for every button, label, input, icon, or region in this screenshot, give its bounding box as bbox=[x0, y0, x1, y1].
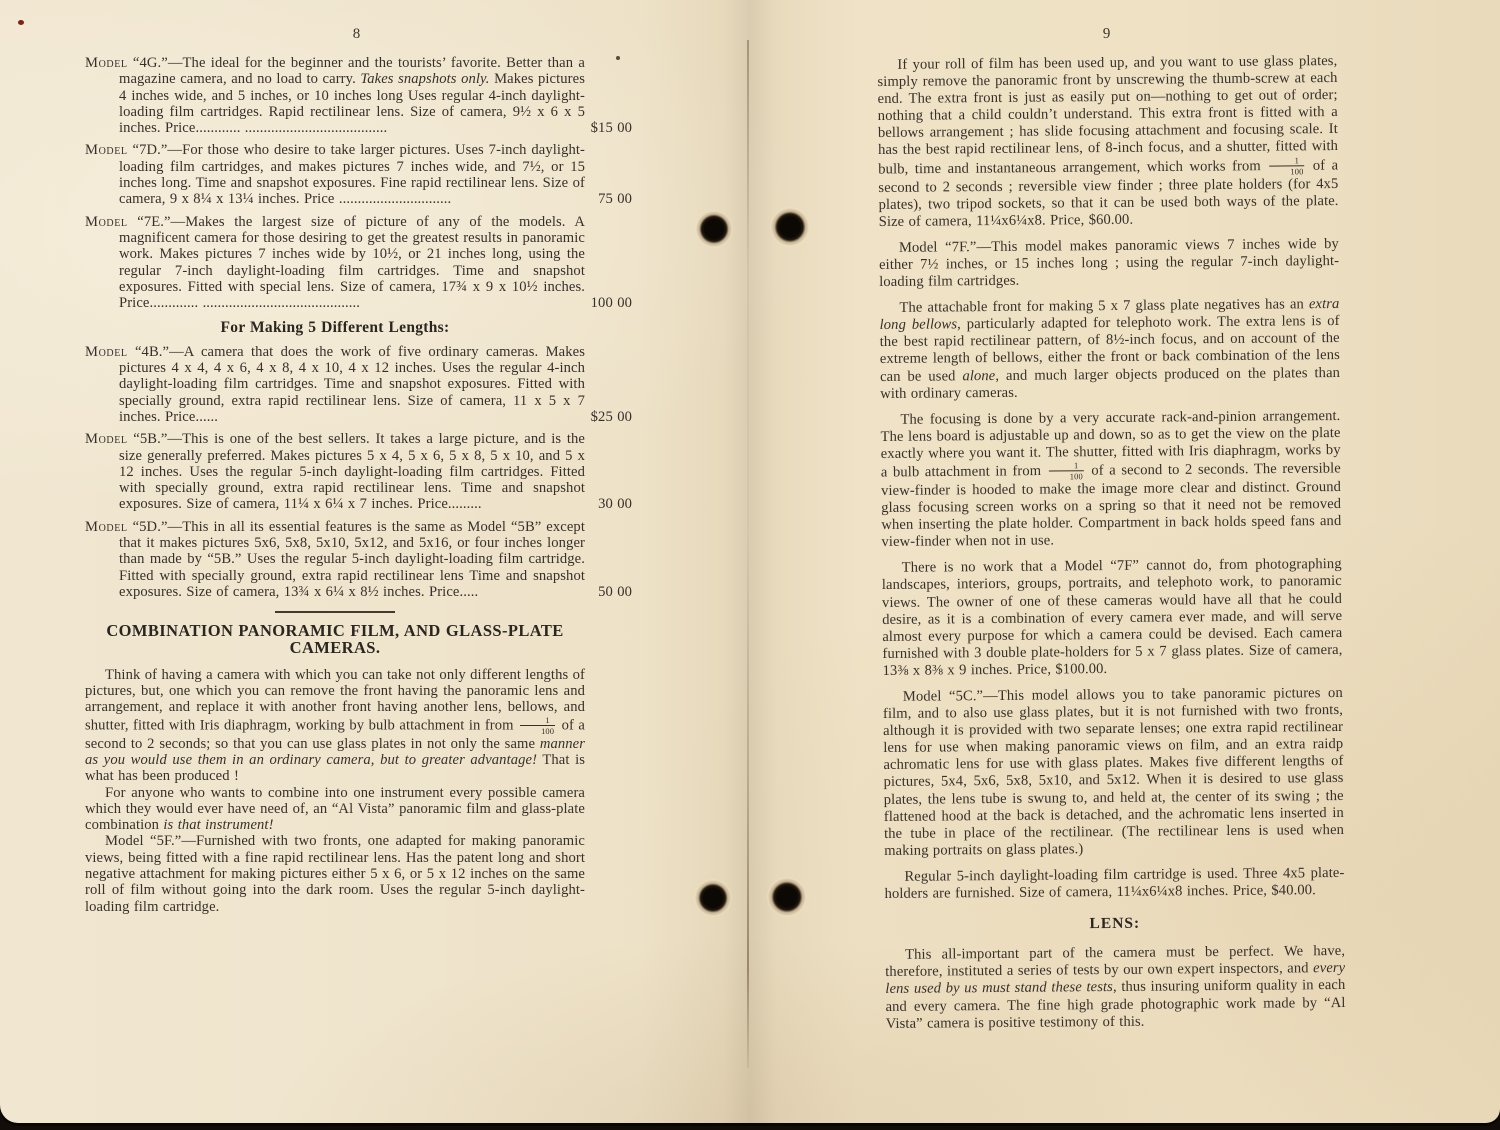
entry-model-5b: Model “5B.”—This is one of the best sell… bbox=[85, 431, 585, 512]
paper-speck bbox=[18, 20, 24, 25]
entry-model-4g: Model “4G.”—The ideal for the beginner a… bbox=[85, 55, 585, 136]
para-model-7f: Model “7F.”—This model makes panoramic v… bbox=[879, 236, 1339, 291]
paper-speck bbox=[616, 56, 620, 60]
para-attachable-front: The attachable front for making 5 x 7 gl… bbox=[879, 296, 1340, 403]
entry-model-7e: Model “7E.”—Makes the largest size of pi… bbox=[85, 214, 585, 312]
page-number-left: 8 bbox=[107, 26, 607, 43]
heading-five-lengths: For Making 5 Different Lengths: bbox=[85, 320, 585, 336]
page-number-right: 9 bbox=[877, 24, 1337, 45]
fraction: 1100 bbox=[1269, 156, 1304, 176]
book-pages-paper: 8 Model “4G.”—The ideal for the beginner… bbox=[0, 0, 1500, 1123]
para-model-5c: Model “5C.”—This model allows you to tak… bbox=[883, 685, 1344, 860]
para-regular-cartridge: Regular 5-inch daylight-loading film car… bbox=[884, 865, 1344, 903]
binding-hole-bottom-right bbox=[767, 877, 807, 917]
fraction: 1100 bbox=[520, 716, 555, 736]
para-focusing: The focusing is done by a very accurate … bbox=[880, 408, 1341, 552]
price-value: 50 00 bbox=[598, 584, 632, 600]
para-no-work-7f: There is no work that a Model “7F” canno… bbox=[882, 556, 1343, 680]
page-9-content: If your roll of film has been used up, a… bbox=[877, 53, 1345, 1033]
heading-lens: LENS: bbox=[885, 913, 1345, 934]
binding-hole-top-right bbox=[770, 207, 810, 247]
para-glass-plates-intro: If your roll of film has been used up, a… bbox=[877, 53, 1338, 231]
section-divider-rule bbox=[275, 611, 395, 613]
page-8-content: Model “4G.”—The ideal for the beginner a… bbox=[85, 55, 585, 915]
heading-combination-cameras: COMBINATION PANORAMIC FILM, AND GLASS-PL… bbox=[85, 623, 585, 656]
gutter-crease bbox=[747, 40, 749, 1068]
fraction: 1100 bbox=[1049, 461, 1084, 481]
entry-model-4b: Model “4B.”—A camera that does the work … bbox=[85, 344, 585, 425]
entry-model-5d: Model “5D.”—This in all its essential fe… bbox=[85, 519, 585, 600]
para-for-anyone: For anyone who wants to combine into one… bbox=[85, 785, 585, 834]
page-8: 8 Model “4G.”—The ideal for the beginner… bbox=[85, 26, 585, 915]
page-9: 9 If your roll of film has been used up,… bbox=[877, 24, 1346, 1042]
price-value: $25 00 bbox=[591, 409, 632, 425]
price-value: 100 00 bbox=[591, 295, 632, 311]
entry-model-7d: Model “7D.”—For those who desire to take… bbox=[85, 142, 585, 207]
scanned-catalog-spread: 8 Model “4G.”—The ideal for the beginner… bbox=[0, 0, 1500, 1130]
para-think-of-having: Think of having a camera with which you … bbox=[85, 667, 585, 785]
price-value: 75 00 bbox=[598, 191, 632, 207]
para-model-5f: Model “5F.”—Furnished with two fronts, o… bbox=[85, 833, 585, 914]
binding-hole-bottom-left bbox=[694, 879, 732, 917]
binding-hole-top-left bbox=[695, 210, 733, 248]
para-lens-quality: This all-important part of the camera mu… bbox=[885, 943, 1346, 1032]
price-value: $15 00 bbox=[591, 120, 632, 136]
price-value: 30 00 bbox=[598, 496, 632, 512]
book-gutter bbox=[640, 0, 860, 1123]
